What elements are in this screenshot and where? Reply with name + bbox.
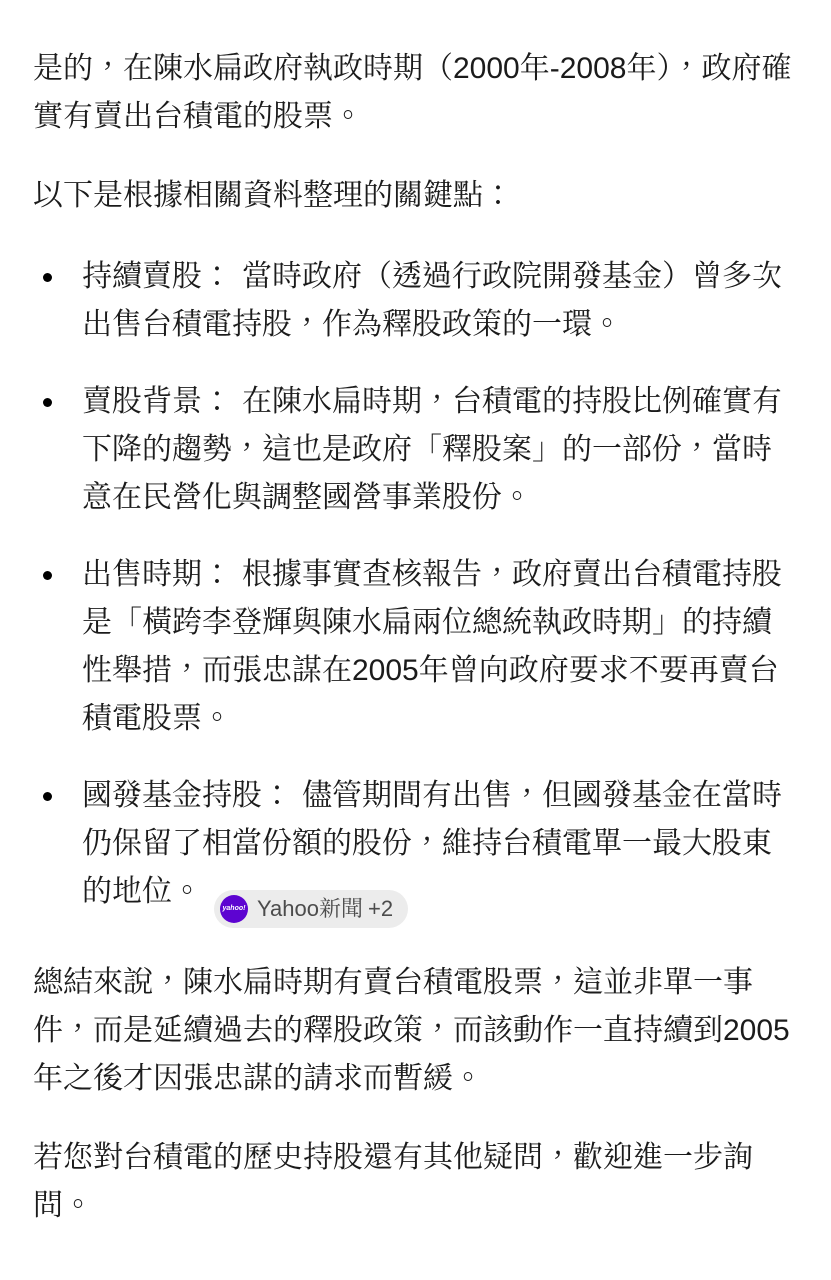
list-header: 以下是根據相關資料整理的關鍵點： <box>33 172 795 220</box>
bullet-content: 賣股背景：在陳水扁時期，台積電的持股比例確實有下降的趨勢，這也是政府「釋股案」的… <box>82 378 795 522</box>
closing-paragraph: 若您對台積電的歷史持股還有其他疑問，歡迎進一步詢問。 <box>33 1134 795 1230</box>
citation-pill-button[interactable]: yahoo!Yahoo新聞+2 <box>214 890 408 928</box>
citation-source-label: Yahoo新聞+2 <box>257 895 393 923</box>
assistant-message: 是的，在陳水扁政府執政時期（2000年-2008年），政府確實有賣出台積電的股票… <box>0 0 831 1270</box>
intro-paragraph: 是的，在陳水扁政府執政時期（2000年-2008年），政府確實有賣出台積電的股票… <box>33 45 795 141</box>
bullet-marker <box>33 253 82 301</box>
bullet-marker <box>33 551 82 599</box>
list-item: 持續賣股：當時政府（透過行政院開發基金）曾多次出售台積電持股，作為釋股政策的一環… <box>33 253 795 349</box>
bullet-dot-icon <box>43 398 52 407</box>
bullet-label: 出售時期： <box>82 558 232 591</box>
bullet-label: 賣股背景： <box>82 385 232 418</box>
bullet-marker <box>33 378 82 426</box>
bullet-label: 國發基金持股： <box>82 779 292 812</box>
bullet-marker <box>33 772 82 820</box>
bullet-dot-icon <box>43 792 52 801</box>
list-item: 國發基金持股：儘管期間有出售，但國發基金在當時仍保留了相當份額的股份，維持台積電… <box>33 772 795 928</box>
key-points-list: 持續賣股：當時政府（透過行政院開發基金）曾多次出售台積電持股，作為釋股政策的一環… <box>33 253 795 928</box>
citation-extra-count: +2 <box>368 896 393 921</box>
summary-paragraph: 總結來說，陳水扁時期有賣台積電股票，這並非單一事件，而是延續過去的釋股政策，而該… <box>33 959 795 1103</box>
bullet-label: 持續賣股： <box>82 260 232 293</box>
bullet-dot-icon <box>43 273 52 282</box>
bullet-content: 出售時期：根據事實查核報告，政府賣出台積電持股是「橫跨李登輝與陳水扁兩位總統執政… <box>82 551 795 743</box>
list-item: 賣股背景：在陳水扁時期，台積電的持股比例確實有下降的趨勢，這也是政府「釋股案」的… <box>33 378 795 522</box>
bullet-dot-icon <box>43 571 52 580</box>
list-item: 出售時期：根據事實查核報告，政府賣出台積電持股是「橫跨李登輝與陳水扁兩位總統執政… <box>33 551 795 743</box>
bullet-content: 國發基金持股：儘管期間有出售，但國發基金在當時仍保留了相當份額的股份，維持台積電… <box>82 772 795 928</box>
yahoo-logo-icon: yahoo! <box>220 895 248 923</box>
bullet-content: 持續賣股：當時政府（透過行政院開發基金）曾多次出售台積電持股，作為釋股政策的一環… <box>82 253 795 349</box>
